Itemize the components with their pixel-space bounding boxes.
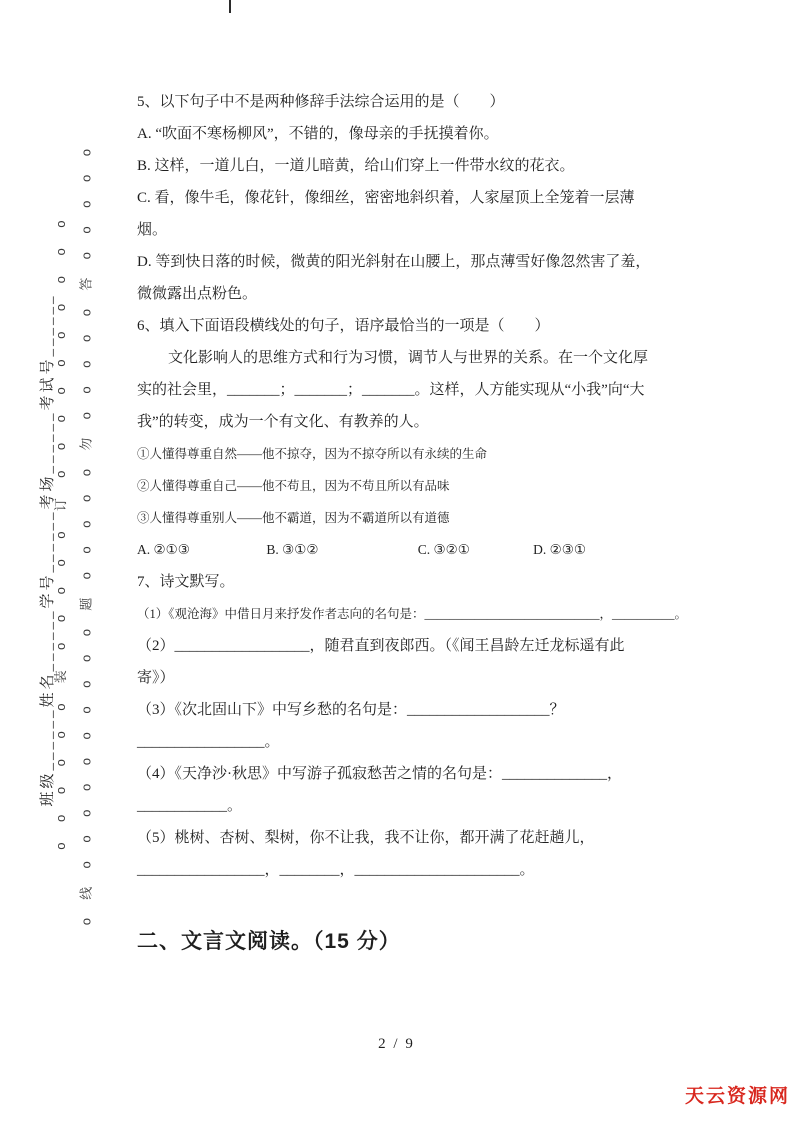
q7-blank-3-continued: _________________。 <box>137 726 697 758</box>
page-number: 2 / 9 <box>0 1036 793 1053</box>
q6-paragraph-line1: 文化影响人的思维方式和行为习惯，调节人与世界的关系。在一个文化厚 <box>137 342 697 374</box>
section2-header: 二、文言文阅读。（15 分） <box>137 926 697 958</box>
q6-stem: 6、填入下面语段横线处的句子，语序最恰当的一项是（ ） <box>137 310 697 342</box>
q7-blank-2: （2）__________________，随君直到夜郎西。（《闻王昌龄左迁龙标… <box>137 630 697 662</box>
q5-option-d: D. 等到快日落的时候，微黄的阳光斜射在山腰上，那点薄雪好像忽然害了羞， <box>137 246 697 278</box>
scan-artifact-mark <box>229 0 231 13</box>
seal-dotted-line: o线oooooooooo题ooooo勿ooooo答ooooo <box>78 171 98 926</box>
q6-choice-a: A. ②①③ <box>137 534 263 566</box>
q6-item-2: ②人懂得尊重自己——他不苟且，因为不苟且所以有品味 <box>137 470 697 502</box>
q5-stem: 5、以下句子中不是两种修辞手法综合运用的是（ ） <box>137 86 697 118</box>
q7-blank-5: （5）桃树、杏树、梨树，你不让我，我不让你，都开满了花赶趟儿， <box>137 822 697 854</box>
q7-blank-4: （4）《天净沙·秋思》中写游子孤寂愁苦之情的名句是：______________… <box>137 758 697 790</box>
q7-blank-2-continued: 寄》） <box>137 662 697 694</box>
q5-option-c: C. 看，像牛毛，像花针，像细丝，密密地斜织着，人家屋顶上全笼着一层薄 <box>137 182 697 214</box>
exam-page: 班级______姓名______学号______考场______考试号_____… <box>0 0 793 1122</box>
binding-dotted-line: oooooo装ooooo订oooooooooo <box>52 240 72 850</box>
q6-choice-c: C. ③②① <box>418 534 530 566</box>
q6-choice-d: D. ②③① <box>533 534 586 566</box>
q7-blank-1: （1）《观沧海》中借日月来抒发作者志向的名句是：________________… <box>137 598 697 630</box>
q6-item-3: ③人懂得尊重别人——他不霸道，因为不霸道所以有道德 <box>137 502 697 534</box>
q7-blank-4-continued: ____________。 <box>137 790 697 822</box>
q7-blank-5-continued: _________________，________，_____________… <box>137 854 697 886</box>
q7-blank-3: （3）《次北固山下》中写乡愁的名句是：___________________？ <box>137 694 697 726</box>
q5-option-b: B. 这样，一道儿白，一道儿暗黄，给山们穿上一件带水纹的花衣。 <box>137 150 697 182</box>
q5-option-d-continued: 微微露出点粉色。 <box>137 278 697 310</box>
q5-option-c-continued: 烟。 <box>137 214 697 246</box>
watermark: 天云资源网 <box>685 1081 790 1108</box>
q6-paragraph-line3: 我”的转变，成为一个有文化、有教养的人。 <box>137 406 697 438</box>
q7-stem: 7、诗文默写。 <box>137 566 697 598</box>
q6-choices-row: A. ②①③ B. ③①② C. ③②① D. ②③① <box>137 534 697 566</box>
q6-item-1: ①人懂得尊重自然——他不掠夺，因为不掠夺所以有永续的生命 <box>137 438 697 470</box>
exam-content: 5、以下句子中不是两种修辞手法综合运用的是（ ） A. “吹面不寒杨柳风”，不错… <box>137 86 697 958</box>
q6-choice-b: B. ③①② <box>266 534 414 566</box>
q6-paragraph-line2: 实的社会里，_______；_______；_______。这样，人方能实现从“… <box>137 374 697 406</box>
q5-option-a: A. “吹面不寒杨柳风”，不错的，像母亲的手抚摸着你。 <box>137 118 697 150</box>
